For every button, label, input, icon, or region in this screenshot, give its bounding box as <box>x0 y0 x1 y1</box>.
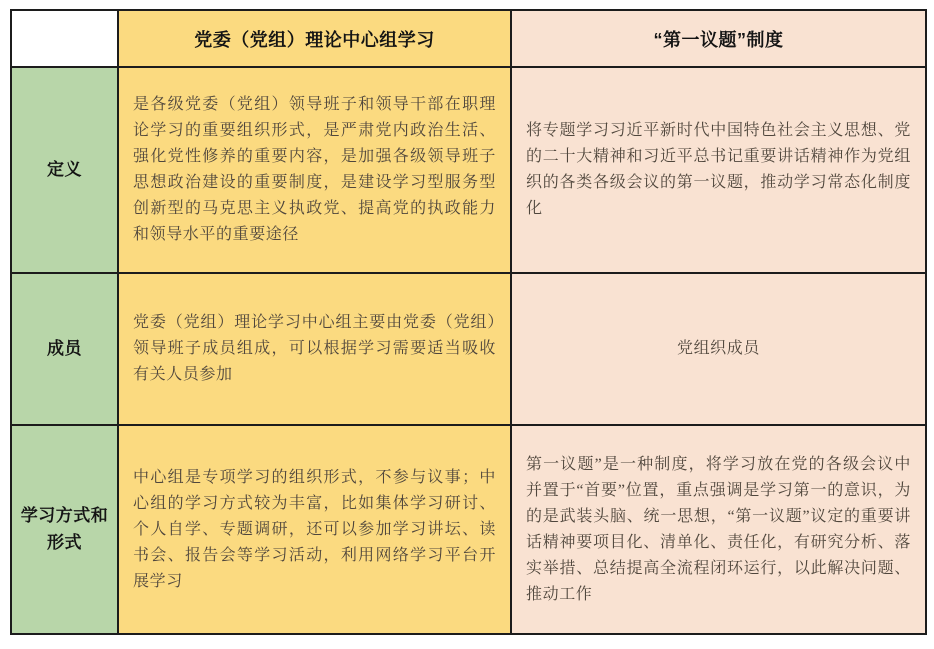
header-first-topic-system: “第一议题”制度 <box>511 10 926 67</box>
comparison-table: 党委（党组）理论中心组学习 “第一议题”制度 定义 是各级党委（党组）领导班子和… <box>10 9 927 635</box>
row-label-study-methods: 学习方式和形式 <box>11 425 118 634</box>
methods-topic-cell: 第一议题”是一种制度，将学习放在党的各级会议中并置于“首要”位置，重点强调是学习… <box>511 425 926 634</box>
header-theory-study: 党委（党组）理论中心组学习 <box>118 10 511 67</box>
members-theory-cell: 党委（党组）理论学习中心组主要由党委（党组）领导班子成员组成，可以根据学习需要适… <box>118 273 511 425</box>
row-members: 成员 党委（党组）理论学习中心组主要由党委（党组）领导班子成员组成，可以根据学习… <box>11 273 926 425</box>
definition-theory-cell: 是各级党委（党组）领导班子和领导干部在职理论学习的重要组织形式，是严肃党内政治生… <box>118 67 511 273</box>
row-study-methods: 学习方式和形式 中心组是专项学习的组织形式，不参与议事；中心组的学习方式较为丰富… <box>11 425 926 634</box>
row-label-members: 成员 <box>11 273 118 425</box>
row-definition: 定义 是各级党委（党组）领导班子和领导干部在职理论学习的重要组织形式，是严肃党内… <box>11 67 926 273</box>
methods-theory-cell: 中心组是专项学习的组织形式，不参与议事；中心组的学习方式较为丰富，比如集体学习研… <box>118 425 511 634</box>
definition-topic-cell: 将专题学习习近平新时代中国特色社会主义思想、党的二十大精神和习近平总书记重要讲话… <box>511 67 926 273</box>
members-topic-cell: 党组织成员 <box>511 273 926 425</box>
header-row: 党委（党组）理论中心组学习 “第一议题”制度 <box>11 10 926 67</box>
row-label-definition: 定义 <box>11 67 118 273</box>
header-corner-cell <box>11 10 118 67</box>
